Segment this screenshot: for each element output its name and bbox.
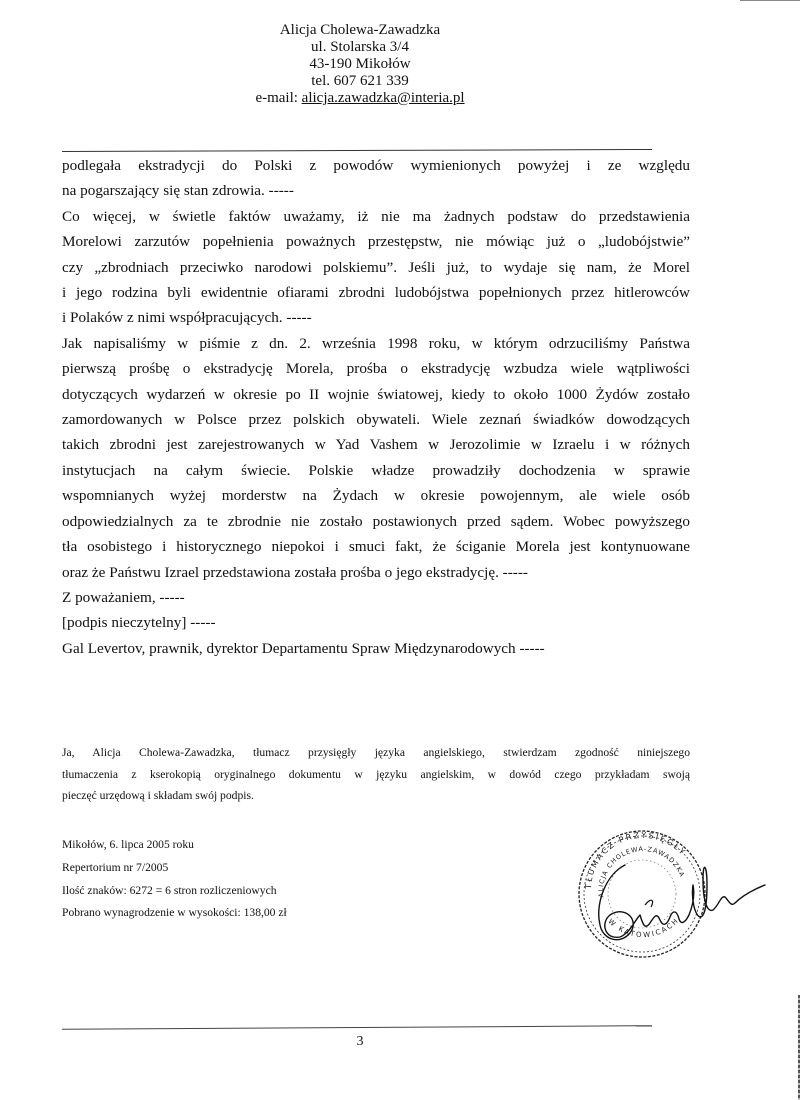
letter-body: podlegała ekstradycji do Polski z powodó… (62, 153, 690, 661)
letterhead-phone: tel. 607 621 339 (0, 73, 720, 90)
closing-salutation: Z poważaniem, ----- (62, 585, 690, 610)
translation-meta: Mikołów, 6. lipca 2005 roku Repertorium … (62, 834, 287, 925)
body-line: dotyczących wydarzeń w okresie po II woj… (62, 382, 690, 407)
body-line: tła osobistego i historycznego niepokoi … (62, 534, 690, 559)
repertorium-number: Repertorium nr 7/2005 (62, 857, 287, 880)
header-rule (62, 149, 652, 152)
body-line: czy „zbrodniach przeciwko narodowi polsk… (62, 255, 690, 280)
body-line: i Polaków z nimi współpracujących. ----- (62, 305, 690, 330)
body-line: podlegała ekstradycji do Polski z powodó… (62, 153, 690, 178)
body-line: zamordowanych w Polsce przez polskich ob… (62, 407, 690, 432)
certification-line: pieczęć urzędową i składam swój podpis. (62, 785, 690, 807)
letterhead-street: ul. Stolarska 3/4 (0, 39, 720, 56)
certification-line: Ja, Alicja Cholewa-Zawadzka, tłumacz prz… (62, 742, 690, 764)
body-line: odpowiedzialnych za te zbrodnie nie zost… (62, 509, 690, 534)
fee-amount: Pobrano wynagrodzenie w wysokości: 138,0… (62, 902, 287, 925)
letterhead-email-line: e-mail: alicja.zawadzka@interia.pl (0, 90, 720, 107)
translator-certification: Ja, Alicja Cholewa-Zawadzka, tłumacz prz… (62, 742, 690, 807)
scan-edge-top (740, 0, 800, 1)
place-date: Mikołów, 6. lipca 2005 roku (62, 834, 287, 857)
body-line: Jak napisaliśmy w piśmie z dn. 2. wrześn… (62, 331, 690, 356)
body-line: i jego rodzina byli ewidentnie ofiarami … (62, 280, 690, 305)
footer-rule (62, 1025, 652, 1030)
body-line: instytucjach na całym świecie. Polskie w… (62, 458, 690, 483)
body-line: pierwszą prośbę o ekstradycję Morela, pr… (62, 356, 690, 381)
letterhead: Alicja Cholewa-Zawadzka ul. Stolarska 3/… (0, 22, 720, 107)
body-line: takich zbrodni jest zarejestrowanych w Y… (62, 432, 690, 457)
body-line: Co więcej, w świetle faktów uważamy, iż … (62, 204, 690, 229)
letterhead-name: Alicja Cholewa-Zawadzka (0, 22, 720, 39)
page-number: 3 (0, 1034, 720, 1050)
body-line: na pogarszający się stan zdrowia. ----- (62, 178, 690, 203)
email-link[interactable]: alicja.zawadzka@interia.pl (302, 90, 465, 106)
letterhead-city: 43-190 Mikołów (0, 56, 720, 73)
handwritten-signature-icon (585, 845, 785, 955)
signature-note: [podpis nieczytelny] ----- (62, 610, 690, 635)
character-count: Ilość znaków: 6272 = 6 stron rozliczenio… (62, 880, 287, 903)
body-line: Morelowi zarzutów popełnienia poważnych … (62, 229, 690, 254)
signatory-line: Gal Levertov, prawnik, dyrektor Departam… (62, 636, 690, 661)
certification-line: tłumaczenia z kserokopią oryginalnego do… (62, 764, 690, 786)
body-line: oraz że Państwu Izrael przedstawiona zos… (62, 560, 690, 585)
email-label: e-mail: (255, 90, 301, 106)
body-line: wspomnianych wyżej morderstw na Żydach w… (62, 483, 690, 508)
